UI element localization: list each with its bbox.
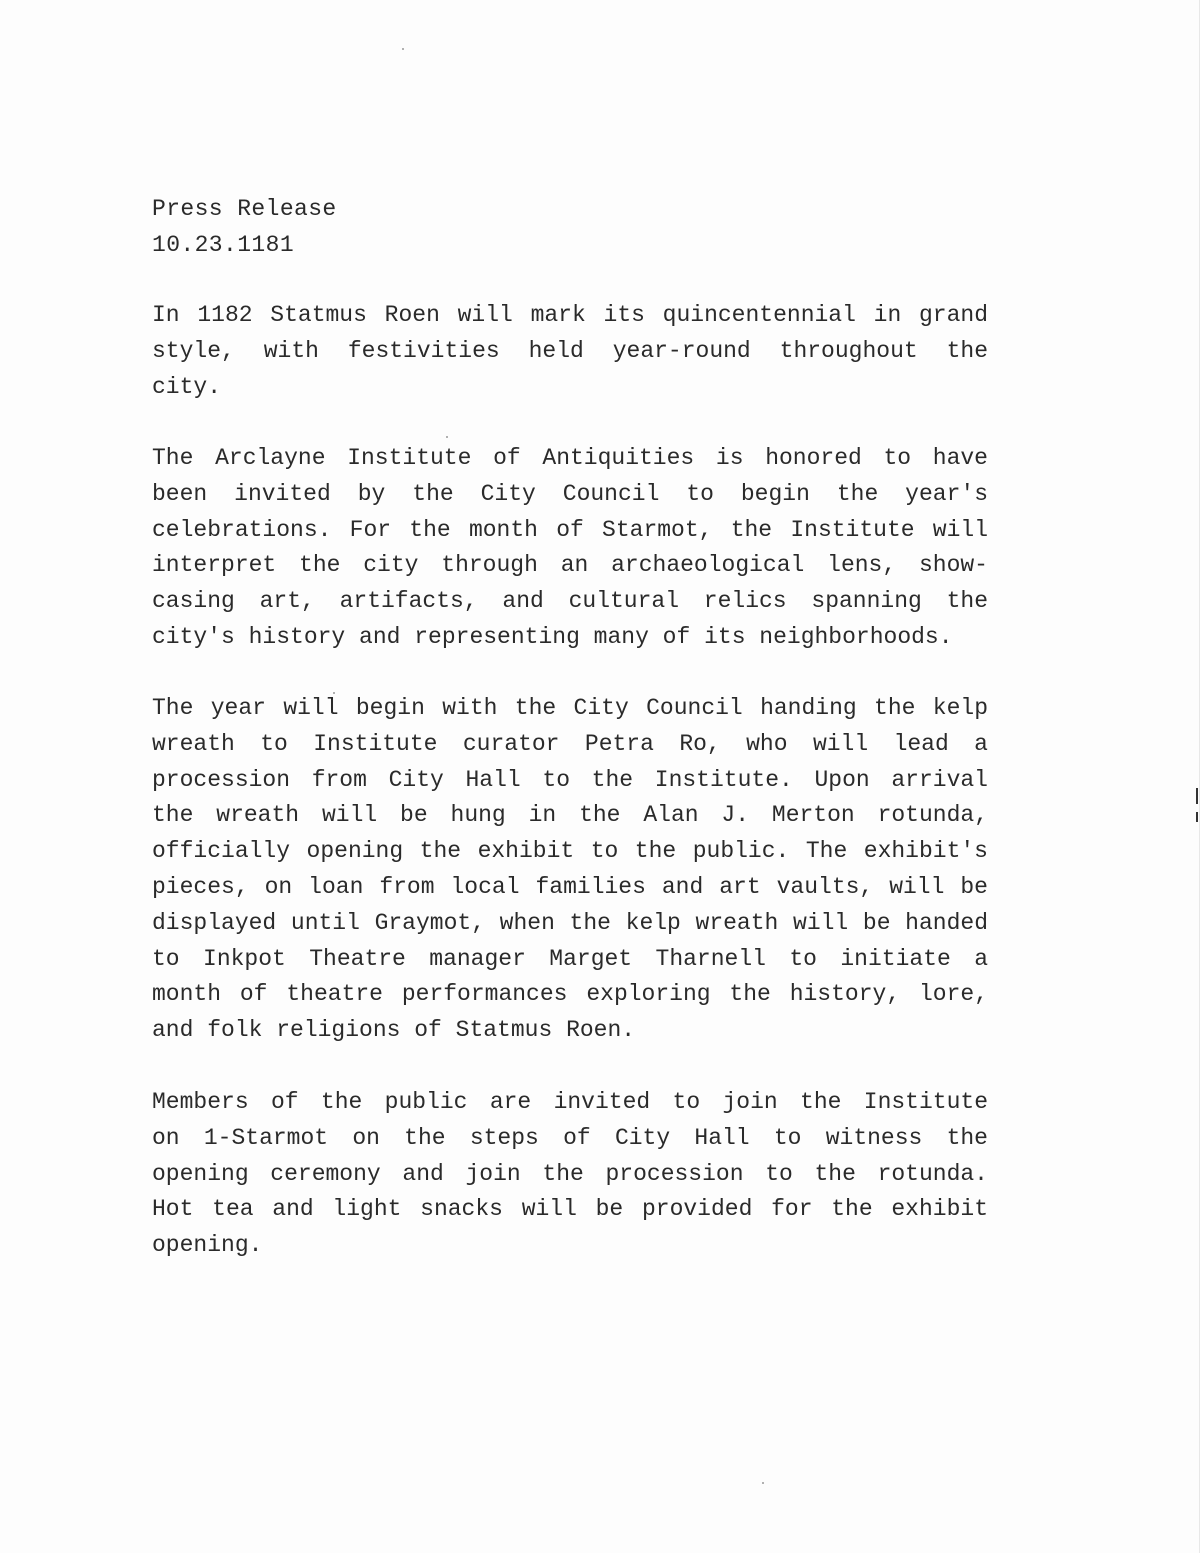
- text-line: displayed until Graymot, when the kelp w…: [152, 906, 988, 942]
- press-release-header: Press Release 10.23.1181: [152, 192, 337, 263]
- scan-speck: [762, 1482, 764, 1484]
- text-line: The Arclayne Institute of Antiquities is…: [152, 441, 988, 477]
- text-line: city.: [152, 370, 988, 406]
- text-line: officially opening the exhibit to the pu…: [152, 834, 988, 870]
- text-line: Hot tea and light snacks will be provide…: [152, 1192, 988, 1228]
- text-line: and folk religions of Statmus Roen.: [152, 1013, 988, 1049]
- text-line: casing art, artifacts, and cultural reli…: [152, 584, 988, 620]
- text-line: been invited by the City Council to begi…: [152, 477, 988, 513]
- paragraph-public-invitation: Members of the public are invited to joi…: [152, 1085, 988, 1264]
- document-date: 10.23.1181: [152, 228, 337, 264]
- text-line: style, with festivities held year-round …: [152, 334, 988, 370]
- text-line: The year will begin with the City Counci…: [152, 691, 988, 727]
- text-line: interpret the city through an archaeolog…: [152, 548, 988, 584]
- scan-speck: [446, 436, 448, 438]
- text-line: to Inkpot Theatre manager Marget Tharnel…: [152, 942, 988, 978]
- paragraph-intro: In 1182 Statmus Roen will mark its quinc…: [152, 298, 988, 405]
- text-line: opening ceremony and join the procession…: [152, 1157, 988, 1193]
- document-title: Press Release: [152, 192, 337, 228]
- text-line: wreath to Institute curator Petra Ro, wh…: [152, 727, 988, 763]
- text-line: In 1182 Statmus Roen will mark its quinc…: [152, 298, 988, 334]
- scanned-page: Press Release 10.23.1181 In 1182 Statmus…: [0, 0, 1200, 1553]
- paragraph-institute: The Arclayne Institute of Antiquities is…: [152, 441, 988, 656]
- text-line: Members of the public are invited to joi…: [152, 1085, 988, 1121]
- paragraph-procession: The year will begin with the City Counci…: [152, 691, 988, 1049]
- text-line: the wreath will be hung in the Alan J. M…: [152, 798, 988, 834]
- text-line: procession from City Hall to the Institu…: [152, 763, 988, 799]
- text-line: month of theatre performances exploring …: [152, 977, 988, 1013]
- text-line: on 1-Starmot on the steps of City Hall t…: [152, 1121, 988, 1157]
- scan-speck: [402, 48, 404, 50]
- text-line: celebrations. For the month of Starmot, …: [152, 513, 988, 549]
- text-line: opening.: [152, 1228, 988, 1264]
- scan-edge-mark: [1196, 812, 1198, 822]
- text-line: pieces, on loan from local families and …: [152, 870, 988, 906]
- scan-edge-mark: [1196, 788, 1198, 804]
- text-line: city's history and representing many of …: [152, 620, 988, 656]
